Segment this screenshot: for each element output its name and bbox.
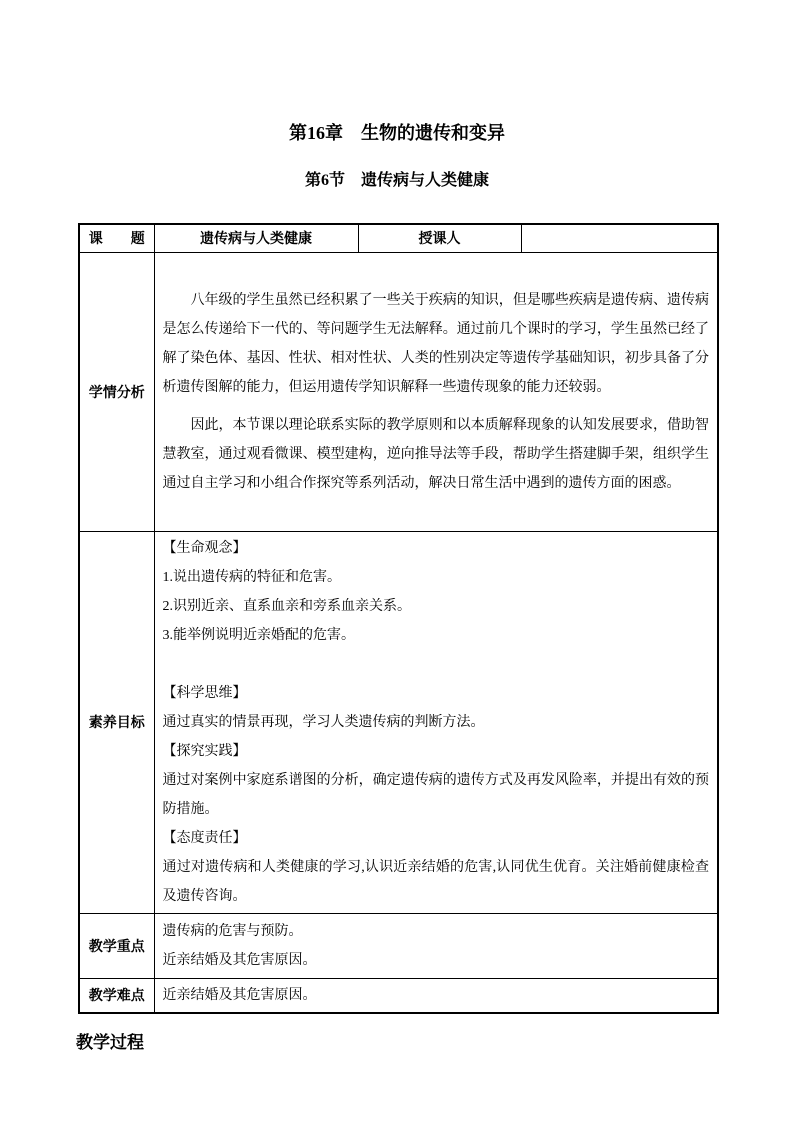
goal-line: 通过对遗传病和人类健康的学习,认识近亲结婚的危害,认同优生优育。关注婚前健康检查…: [163, 853, 710, 911]
goal-line: 通过对案例中家庭系谱图的分析，确定遗传病的遗传方式及再发风险率，并提出有效的预防…: [163, 766, 710, 824]
course-title-label: 课 题: [79, 224, 154, 252]
goal-line: 【科学思维】: [163, 679, 710, 708]
course-title-value: 遗传病与人类健康: [154, 224, 358, 252]
student-analysis-content: 八年级的学生虽然已经积累了一些关于疾病的知识，但是哪些疾病是遗传病、遗传病是怎么…: [154, 252, 718, 531]
teaching-difficult-points-label: 教学难点: [79, 978, 154, 1013]
goal-line: 3.能举例说明近亲婚配的危害。: [163, 621, 710, 650]
teaching-key-points-label: 教学重点: [79, 913, 154, 978]
goal-line: 2.识别近亲、直系血亲和旁系血亲关系。: [163, 592, 710, 621]
section-title: 第6节 遗传病与人类健康: [0, 173, 794, 189]
teaching-process-heading: 教学过程: [76, 1032, 794, 1054]
key-point-line: 近亲结婚及其危害原因。: [163, 946, 710, 975]
competency-goals-content: 【生命观念】 1.说出遗传病的特征和危害。 2.识别近亲、直系血亲和旁系血亲关系…: [154, 531, 718, 913]
goal-line: 通过真实的情景再现，学习人类遗传病的判断方法。: [163, 708, 710, 737]
teaching-key-points-content: 遗传病的危害与预防。 近亲结婚及其危害原因。: [154, 913, 718, 978]
chapter-title: 第16章 生物的遗传和变异: [0, 0, 794, 142]
difficult-point-line: 近亲结婚及其危害原因。: [163, 981, 710, 1010]
document-page: 第16章 生物的遗传和变异 第6节 遗传病与人类健康 课 题 遗传病与人类健康 …: [0, 0, 794, 1123]
competency-goals-label: 素养目标: [79, 531, 154, 913]
goal-line: 【态度责任】: [163, 824, 710, 853]
goal-line: 【生命观念】: [163, 534, 710, 563]
teaching-difficult-points-row: 教学难点 近亲结婚及其危害原因。: [79, 978, 718, 1013]
goal-line: 【探究实践】: [163, 737, 710, 766]
student-analysis-label: 学情分析: [79, 252, 154, 531]
analysis-paragraph: 八年级的学生虽然已经积累了一些关于疾病的知识，但是哪些疾病是遗传病、遗传病是怎么…: [163, 286, 710, 402]
lesson-plan-table: 课 题 遗传病与人类健康 授课人 学情分析 八年级的学生虽然已经积累了一些关于疾…: [78, 223, 719, 1014]
goal-line: 1.说出遗传病的特征和危害。: [163, 563, 710, 592]
goal-line-blank: [163, 650, 710, 679]
key-point-line: 遗传病的危害与预防。: [163, 917, 710, 946]
instructor-value: [521, 224, 718, 252]
instructor-label: 授课人: [358, 224, 521, 252]
student-analysis-row: 学情分析 八年级的学生虽然已经积累了一些关于疾病的知识，但是哪些疾病是遗传病、遗…: [79, 252, 718, 531]
competency-goals-row: 素养目标 【生命观念】 1.说出遗传病的特征和危害。 2.识别近亲、直系血亲和旁…: [79, 531, 718, 913]
analysis-paragraph: 因此，本节课以理论联系实际的教学原则和以本质解释现象的认知发展要求，借助智慧教室…: [163, 411, 710, 498]
teaching-key-points-row: 教学重点 遗传病的危害与预防。 近亲结婚及其危害原因。: [79, 913, 718, 978]
teaching-difficult-points-content: 近亲结婚及其危害原因。: [154, 978, 718, 1013]
course-header-row: 课 题 遗传病与人类健康 授课人: [79, 224, 718, 252]
